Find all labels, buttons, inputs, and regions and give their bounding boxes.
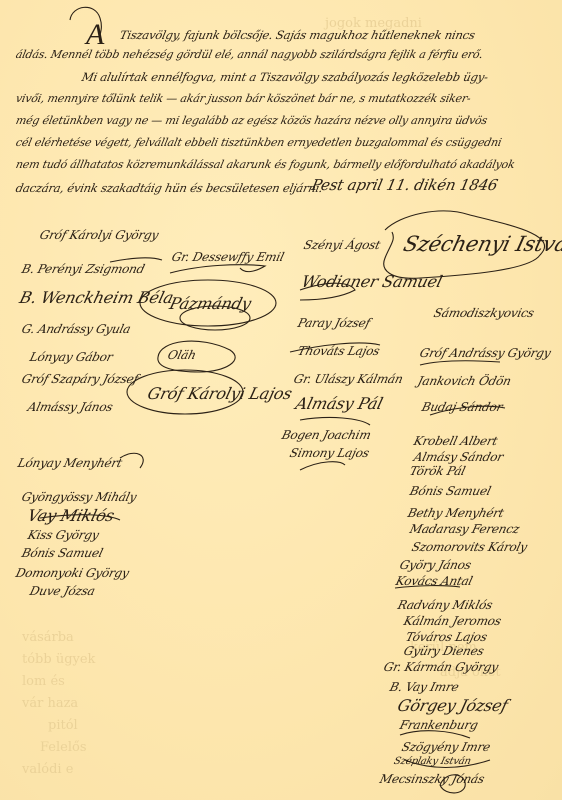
body-line: daczára, évink szakadtáig hün és becsüle… [15,181,325,195]
signature: Széplaky István [393,756,472,767]
signature: Thováts Lajos [296,344,381,358]
signature: Gróf Szapáry József [20,372,139,386]
signature: Jankovich Ödön [416,374,512,388]
signature: Gróf Károlyi György [38,228,160,242]
signature: Domonyoki György [14,566,130,580]
bleed-through-text: vásárba [22,630,74,645]
signature: Vay Miklós [26,506,117,525]
signature: Wodianer Samuel [300,272,445,291]
signature: Kovács Antal [394,574,474,588]
signature: Krobell Albert [412,434,499,448]
signature: Gróf Károlyi Lajos [146,384,294,403]
signature: Györy János [398,558,472,572]
signature: Budaj Sándor [420,400,504,414]
signature: Gr. Ulászy Kálmán [292,372,404,386]
signature: B. Wenckheim Béla [18,288,176,307]
signature: Simony Lajos [288,446,370,460]
signature: Paray József [296,316,371,330]
signature: Török Pál [408,464,467,478]
signature: G. Andrássy Gyula [20,322,132,336]
signature: Kálmán Jeromos [402,614,502,628]
signature: Tóváros Lajos [404,630,488,644]
signature: Széchenyi István [401,232,562,256]
body-line: cél elérhetése végett, felvállalt ebbeli… [15,136,503,149]
signature: Gyüry Dienes [402,644,485,658]
signature: Almássy János [26,400,114,414]
bleed-through-text: lom és [22,674,65,689]
body-line: nem tudó állhatatos közremunkálással aka… [15,158,516,171]
signature: Madarasy Ferencz [408,522,521,536]
bleed-through-text: Felelős [40,740,87,755]
body-line: vivői, mennyire tőlünk telik — akár juss… [15,92,472,105]
signature: Bónis Samuel [408,484,492,498]
signature: Oläh [166,348,197,362]
signature: Görgey József [396,696,510,715]
signature: Almásy Sándor [412,450,504,464]
signature: Frankenburg [398,718,479,732]
signature: Lónyay Gábor [28,350,114,364]
document-page: jogok megadni vásárba tóbb ügyek lom és … [0,0,562,800]
signature: Bogen Joachim [280,428,372,442]
bleed-through-text: pitól [48,718,78,733]
signature: Szomorovits Károly [410,540,528,554]
bleed-through-text: vár haza [22,696,78,711]
body-line: Mi alulírtak ennélfogva, mint a Tiszavöl… [81,70,490,84]
signature: Gróf Andrássy György [418,346,552,360]
signature: Radvány Miklós [396,598,494,612]
heading-initial: A [86,18,104,52]
signature: Kiss György [26,528,100,542]
bleed-through-text: tóbb ügyek [22,652,95,667]
signature: Lónyay Menyhért [16,456,123,470]
signature: Sámodiszkyovics [432,306,535,320]
bleed-through-text: valódi e [22,762,73,777]
signature: Almásy Pál [294,394,385,413]
signature: Gr. Dessewffy Emil [170,250,285,264]
signature: Bethy Menyhért [406,506,505,520]
signature: Mecsinszky Jónás [378,772,486,786]
signature: B. Vay Imre [388,680,460,694]
signature: Szényi Ágost [302,238,381,252]
body-line: Tiszavölgy, fajunk bölcsője. Sajás maguk… [119,28,477,42]
signature: Bónis Samuel [20,546,104,560]
signature: Gr. Kármán György [382,660,499,674]
body-line: még életünkben vagy ne — mi legalább az … [15,114,489,127]
body-line: áldás. Mennél több nehézség gördül elé, … [15,48,484,61]
signature: Pázmándy [168,294,253,313]
signature: Gyöngyössy Mihály [20,490,138,504]
signature: B. Perényi Zsigmond [20,262,146,276]
signature: Duve Józsa [28,584,96,598]
place-date: Pest april 11. dikén 1846 [310,176,499,194]
signature: Szögyény Imre [400,740,492,754]
